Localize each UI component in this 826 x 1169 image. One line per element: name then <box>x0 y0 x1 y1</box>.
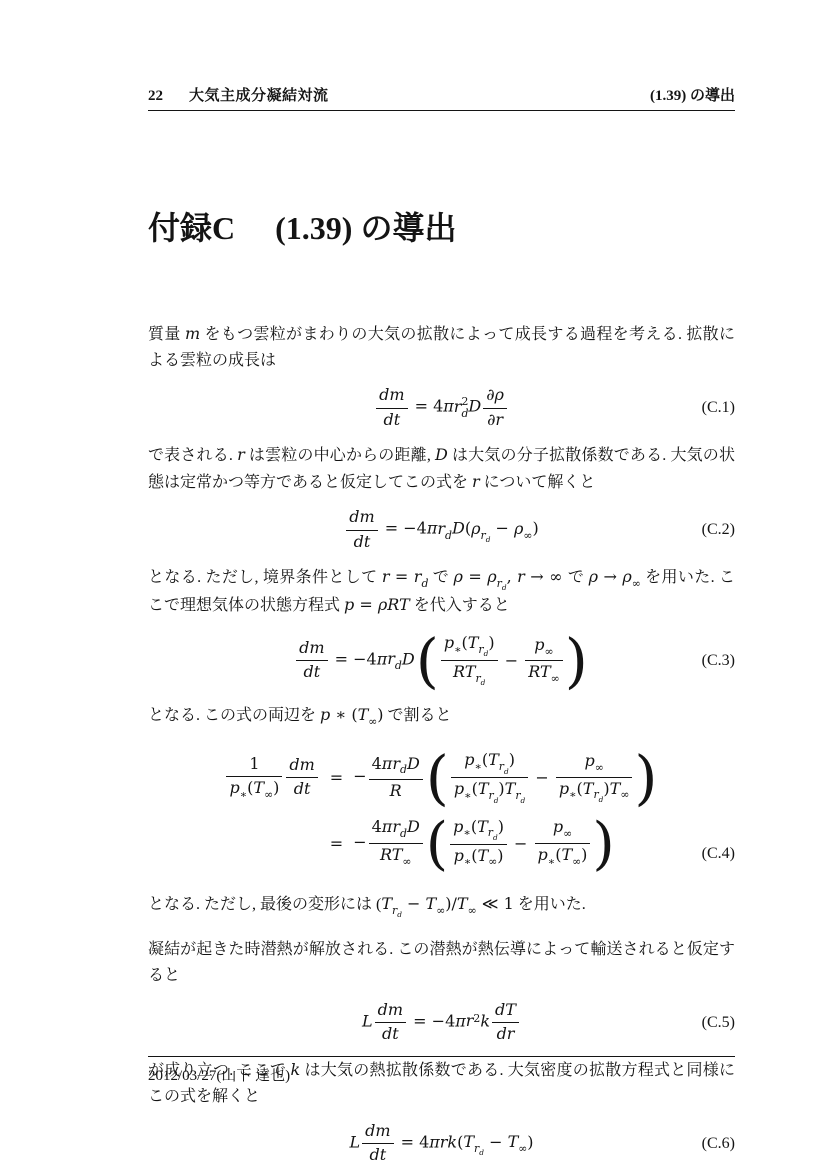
math-scripted: rd <box>478 644 488 656</box>
math-fraction: p∞RT∞ <box>525 636 563 686</box>
math-scripted: rd <box>499 761 509 773</box>
math-run: R <box>528 662 540 681</box>
math-scripted: rd <box>480 530 490 542</box>
math-run: π <box>429 1132 440 1151</box>
math-run: ∂ρ <box>486 385 504 404</box>
equation-c1: dmdt = 4πr2dD∂ρ∂r (C.1) <box>148 386 735 430</box>
math-fraction: dmdt <box>376 386 407 430</box>
math-scripted: rd <box>488 790 498 802</box>
math-run: ) <box>581 845 587 864</box>
math-fraction: dmdt <box>296 639 327 683</box>
math-scripted: p∗ <box>454 781 472 798</box>
math-run: となる. この式の両辺を <box>148 707 320 724</box>
math-run: p <box>444 633 454 652</box>
document-page: 22 大気主成分凝結対流 (1.39) の導出 付録C(1.39) の導出 質量… <box>0 0 826 1169</box>
math-run: k <box>480 1011 490 1030</box>
math-run: ) <box>273 778 279 797</box>
equation-c4-math: 1p∗(T∞)dmdt=−4πrdDR(p∗(Trd)p∗(Trd)Trd − … <box>148 741 735 879</box>
math-run: − <box>484 1132 508 1151</box>
math-run: r <box>392 754 400 773</box>
math-run: D <box>468 397 481 416</box>
math-run: ρ <box>589 567 598 586</box>
equation-c4: 1p∗(T∞)dmdt=−4πrdDR(p∗(Trd)p∗(Trd)Trd − … <box>148 741 735 879</box>
math-run: − <box>353 767 366 786</box>
math-run: ) <box>498 817 504 836</box>
math-run: となる. ただし, 最後の変形には ( <box>148 896 381 913</box>
math-scripted: rd <box>437 521 452 538</box>
math-run: T <box>253 778 264 797</box>
math-run: ∗ <box>454 643 461 656</box>
paragraph-2: で表される. r は雲粒の中心からの距離, D は大気の分子拡散係数である. 大… <box>148 442 735 496</box>
math-run: ∗ <box>474 760 481 773</box>
math-run: ) <box>509 750 515 769</box>
math-run: T <box>478 779 489 798</box>
math-run: で <box>568 569 589 586</box>
math-run: T <box>610 779 621 798</box>
math-paren-group: (p∗(Trd)RTrd − p∞RT∞) <box>416 631 588 690</box>
math-run: について解くと <box>480 474 596 491</box>
math-run: ∗ <box>464 789 471 802</box>
math-run: ∞ <box>563 827 572 840</box>
math-scripted: T∞ <box>253 780 273 797</box>
equation-c4-label: (C.4) <box>702 845 735 863</box>
math-run: ρRT <box>378 595 410 614</box>
math-run: dr <box>497 1024 515 1043</box>
math-run: ∞ <box>595 761 604 774</box>
math-run: π <box>427 519 438 538</box>
math-run: p <box>559 779 569 798</box>
math-run: p <box>453 817 463 836</box>
math-fraction: 4πrdDR <box>369 755 423 802</box>
math-run: T <box>463 1132 474 1151</box>
math-run: D <box>435 445 448 464</box>
math-fraction: ∂ρ∂r <box>483 386 507 430</box>
math-fraction: 1p∗(T∞) <box>226 755 282 802</box>
math-run: ρ <box>471 519 480 538</box>
math-run: − <box>500 651 524 670</box>
math-run: ∞ <box>436 904 445 917</box>
math-scripted: Trd <box>488 752 509 769</box>
math-run: ≪ 1 <box>477 894 514 913</box>
math-run: p <box>454 779 464 798</box>
math-run: は雲粒の中心からの距離, <box>245 447 435 464</box>
math-run: = 4 <box>396 1132 430 1151</box>
math-run: rk <box>440 1132 457 1151</box>
math-run: dt <box>354 532 371 551</box>
math-run: で <box>428 569 453 586</box>
math-fraction: p∗(Trd)p∗(T∞) <box>450 818 507 869</box>
math-run: dt <box>294 779 311 798</box>
math-run: D <box>407 754 420 773</box>
math-scripted: T∞ <box>561 847 581 864</box>
page-footer: 2012/03/27(山下 達也) <box>148 1056 735 1085</box>
math-scripted: Trd <box>478 781 499 798</box>
math-run: dm <box>365 1121 390 1140</box>
math-run: 4 <box>372 817 382 836</box>
math-run: p <box>229 778 239 797</box>
math-run: dt <box>383 410 400 429</box>
math-scripted: rd <box>392 905 402 917</box>
math-run: = <box>354 595 378 614</box>
math-run: d <box>400 763 407 776</box>
math-run: r <box>454 397 462 416</box>
math-scripted: p∗ <box>454 848 472 865</box>
math-run: D <box>452 519 465 538</box>
math-run: r <box>387 649 395 668</box>
math-scripted: p∞ <box>534 637 553 654</box>
math-run: T <box>381 894 392 913</box>
math-scripted: Trd <box>583 781 604 798</box>
math-run: → <box>598 567 622 586</box>
math-run: 質量 <box>148 326 185 343</box>
math-scripted: rd <box>593 789 603 801</box>
math-run: p <box>320 705 330 724</box>
equation-c1-label: (C.1) <box>702 399 735 417</box>
math-fraction: dmdt <box>346 508 377 552</box>
math-run: − <box>353 832 366 851</box>
math-run: d <box>445 529 452 542</box>
math-run: T <box>392 845 403 864</box>
math-run: ρ <box>514 519 523 538</box>
math-run: d <box>395 659 402 672</box>
math-run: をもつ雲粒がまわりの大気の拡散によって成長する過程を考える. 拡散による雲粒の成… <box>148 326 735 369</box>
math-run: L <box>362 1011 373 1030</box>
math-run: m <box>185 324 200 343</box>
math-scripted: r2d <box>454 399 469 416</box>
math-run: = <box>463 567 487 586</box>
math-run: T <box>561 845 572 864</box>
close-paren: ) <box>634 748 657 807</box>
math-run: ∞ <box>488 855 497 868</box>
aligned-equation: 1p∗(T∞)dmdt=−4πrdDR(p∗(Trd)p∗(Trd)Trd − … <box>224 741 658 879</box>
equation-c2-math: dmdt = −4πrdD(ρrd − ρ∞) <box>148 508 735 552</box>
math-run: p <box>584 751 594 770</box>
math-run: − <box>530 768 554 787</box>
math-fraction: p∞p∗(Trd)T∞ <box>556 752 633 803</box>
math-run: = 4 <box>410 397 444 416</box>
math-run: r <box>392 817 400 836</box>
math-run: L <box>349 1132 360 1151</box>
math-run: → ∞ <box>525 567 568 586</box>
math-fraction: 4πrdDRT∞ <box>369 818 423 868</box>
page-header: 22 大気主成分凝結対流 (1.39) の導出 <box>148 0 735 111</box>
math-scripted: Trd <box>468 635 489 652</box>
math-run: ) <box>497 846 503 865</box>
math-fraction: dmdt <box>375 1001 406 1045</box>
math-run: R <box>453 662 465 681</box>
math-scripted: p∗ <box>444 635 462 652</box>
math-run: で表される. <box>148 447 237 464</box>
math-scripted: ρrd <box>487 569 506 586</box>
math-run: D <box>402 649 415 668</box>
math-run: dm <box>299 638 324 657</box>
math-scripted: T∞ <box>478 848 498 865</box>
math-run: r <box>437 519 445 538</box>
math-run: T <box>488 750 499 769</box>
math-run: π <box>377 649 388 668</box>
math-scripted: rd <box>515 790 525 802</box>
math-scripted: T∞ <box>540 664 560 681</box>
math-run: T <box>468 633 479 652</box>
math-run: dt <box>304 662 321 681</box>
equation-c5: Ldmdt = −4πr2kdTdr (C.5) <box>148 1001 735 1045</box>
math-run: dm <box>349 507 374 526</box>
math-scripted: Trd <box>477 819 498 836</box>
math-scripted: Trd <box>463 1134 484 1151</box>
close-paren: ) <box>565 631 588 690</box>
equation-c6-math: Ldmdt = 4πrk(Trd − T∞) <box>148 1122 735 1166</box>
math-run: T <box>540 662 551 681</box>
paragraph-4: となる. この式の両辺を p ∗ (T∞) で割ると <box>148 702 735 729</box>
math-run: R <box>380 845 392 864</box>
paragraph-3: となる. ただし, 境界条件として r = rd で ρ = ρrd, r → … <box>148 564 735 619</box>
math-run: − <box>402 894 426 913</box>
math-fraction: dmdt <box>286 756 317 800</box>
math-run: p <box>534 635 544 654</box>
math-scripted: T∞ <box>426 896 446 913</box>
footer-date-author: 2012/03/27(山下 達也) <box>148 1068 290 1084</box>
math-run: , <box>507 567 518 586</box>
math-run: T <box>477 817 488 836</box>
chapter-title: (1.39) の導出 <box>275 210 456 246</box>
math-run: ∞ <box>545 645 554 658</box>
math-scripted: rd <box>488 827 498 839</box>
math-run: ∗ <box>463 826 470 839</box>
chapter-number: 付録C <box>148 210 235 246</box>
math-run: ) <box>532 519 538 538</box>
math-run: ∞ <box>620 788 629 801</box>
math-run: ∞ <box>572 855 581 868</box>
math-run: r <box>237 445 245 464</box>
paragraph-5: となる. ただし, 最後の変形には (Trd − T∞)/T∞ ≪ 1 を用いた… <box>148 891 735 919</box>
math-scripted: Trd <box>381 896 402 913</box>
equation-c6-label: (C.6) <box>702 1135 735 1153</box>
math-run: p <box>553 817 563 836</box>
math-scripted: T∞ <box>358 707 378 724</box>
math-run: R <box>390 781 402 800</box>
math-scripted: p∗ <box>464 752 482 769</box>
open-paren: ( <box>426 815 448 872</box>
math-run: ∗ <box>569 788 576 801</box>
math-scripted: rd <box>497 578 507 590</box>
math-run: ∞ <box>368 715 377 728</box>
math-run: ρ <box>487 567 496 586</box>
math-run: で割ると <box>384 707 452 724</box>
math-run: ∞ <box>632 577 641 590</box>
math-run: π <box>455 1011 466 1030</box>
math-run: − <box>490 519 514 538</box>
math-run: T <box>478 846 489 865</box>
math-run: − <box>509 834 533 853</box>
math-run: T <box>358 705 369 724</box>
math-run: p <box>464 750 474 769</box>
math-run: )/ <box>445 894 457 913</box>
chapter-heading: 付録C(1.39) の導出 <box>148 209 735 247</box>
math-run: を代入すると <box>410 597 510 614</box>
math-run: = −4 <box>330 649 377 668</box>
math-run: π <box>443 397 454 416</box>
equation-c3-math: dmdt = −4πrdD(p∗(Trd)RTrd − p∞RT∞) <box>148 631 735 690</box>
math-scripted: ρ∞ <box>622 569 640 586</box>
math-run: dt <box>369 1145 386 1164</box>
equation-c6: Ldmdt = 4πrk(Trd − T∞) (C.6) <box>148 1122 735 1166</box>
open-paren: ( <box>426 748 449 807</box>
math-run: ∞ <box>518 1142 527 1155</box>
math-run: T <box>508 1132 519 1151</box>
math-run: dt <box>382 1024 399 1043</box>
math-run: r <box>517 567 525 586</box>
math-fraction: p∗(Trd)RTrd <box>441 634 498 687</box>
equation-c5-label: (C.5) <box>702 1014 735 1032</box>
math-run: = −4 <box>380 519 427 538</box>
math-fraction: p∞p∗(T∞) <box>535 818 591 868</box>
page-number: 22 <box>148 88 163 105</box>
math-run: 1 <box>249 754 259 773</box>
math-run: ρ <box>454 567 463 586</box>
math-scripted: p∗ <box>538 847 556 864</box>
equation-c5-math: Ldmdt = −4πr2kdTdr <box>148 1001 735 1045</box>
math-scripted: rd <box>392 756 407 773</box>
header-section-title: 大気主成分凝結対流 <box>189 84 329 105</box>
math-scripted: p∗ <box>229 780 247 797</box>
math-run: D <box>407 817 420 836</box>
paragraph-6: 凝結が起きた時潜熱が解放される. この潜熱が熱伝導によって輸送されると仮定すると <box>148 937 735 989</box>
equation-c2-label: (C.2) <box>702 521 735 539</box>
math-run: r <box>466 1011 474 1030</box>
math-run: T <box>457 894 468 913</box>
header-chapter-ref: (1.39) の導出 <box>650 84 735 105</box>
equation-c2: dmdt = −4πrdD(ρrd − ρ∞) (C.2) <box>148 508 735 552</box>
math-fraction: dTdr <box>492 1001 519 1045</box>
math-paren-group: (p∗(Trd)p∗(Trd)Trd − p∞p∗(Trd)T∞) <box>426 748 658 807</box>
math-run: dm <box>289 755 314 774</box>
math-run: dm <box>379 385 404 404</box>
math-run: ∗ ( <box>330 705 357 724</box>
math-run: ) <box>488 633 494 652</box>
math-run: ρ <box>622 567 631 586</box>
math-run: r <box>414 567 422 586</box>
math-run: ∞ <box>264 788 273 801</box>
math-run: = −4 <box>408 1011 455 1030</box>
math-run: 凝結が起きた時潜熱が解放される. この潜熱が熱伝導によって輸送されると仮定すると <box>148 941 735 984</box>
math-scripted: Trd <box>505 781 526 798</box>
math-fraction: p∗(Trd)p∗(Trd)Trd <box>451 751 528 804</box>
math-scripted: p∗ <box>559 781 577 798</box>
math-scripted: Trd <box>465 664 486 681</box>
math-run: ∞ <box>468 904 477 917</box>
math-scripted: rd <box>392 819 407 836</box>
math-scripted: rd <box>474 1143 484 1155</box>
math-run: T <box>426 894 437 913</box>
math-scripted: ρrd <box>471 521 490 538</box>
math-run: ) <box>527 1132 533 1151</box>
math-run: π <box>382 817 393 836</box>
math-run: p <box>454 846 464 865</box>
math-run: p <box>538 845 548 864</box>
math-paren-group: (p∗(Trd)p∗(T∞) − p∞p∗(T∞)) <box>426 815 615 872</box>
math-fraction: dmdt <box>362 1122 393 1166</box>
math-run: = <box>389 567 413 586</box>
math-run: π <box>382 754 393 773</box>
math-run: p <box>344 595 354 614</box>
math-scripted: ρ∞ <box>514 521 532 538</box>
equation-c1-math: dmdt = 4πr2dD∂ρ∂r <box>148 386 735 430</box>
math-run: d <box>521 796 526 805</box>
math-run: となる. ただし, 境界条件として <box>148 569 382 586</box>
math-run: d <box>400 827 407 840</box>
open-paren: ( <box>416 631 439 690</box>
math-scripted: rd <box>387 651 402 668</box>
math-run: ∞ <box>402 855 411 868</box>
math-scripted: T∞ <box>457 896 477 913</box>
equation-c3-label: (C.3) <box>702 652 735 670</box>
math-scripted: r2 <box>466 1013 481 1030</box>
math-scripted: T∞ <box>392 847 412 864</box>
equation-c3: dmdt = −4πrdD(p∗(Trd)RTrd − p∞RT∞) (C.3) <box>148 631 735 690</box>
math-run: 4 <box>372 754 382 773</box>
close-paren: ) <box>592 815 614 872</box>
math-run: T <box>465 662 476 681</box>
math-run: dT <box>495 1000 516 1019</box>
math-run: ∂r <box>487 410 503 429</box>
math-scripted: rd <box>475 673 485 685</box>
math-run: dm <box>378 1000 403 1019</box>
math-scripted: p∗ <box>453 819 471 836</box>
math-scripted: T∞ <box>610 781 630 798</box>
math-run: r <box>472 472 480 491</box>
math-run: d <box>481 678 486 687</box>
math-scripted: p∞ <box>553 819 572 836</box>
math-scripted: rd <box>414 569 429 586</box>
math-run: T <box>505 779 516 798</box>
paragraph-1: 質量 m をもつ雲粒がまわりの大気の拡散によって成長する過程を考える. 拡散によ… <box>148 321 735 374</box>
math-run: を用いた. <box>514 896 586 913</box>
math-scripted: T∞ <box>508 1134 528 1151</box>
header-rule <box>148 110 735 111</box>
math-run: T <box>583 779 594 798</box>
math-run: ∞ <box>551 672 560 685</box>
math-scripted: p∞ <box>584 753 603 770</box>
